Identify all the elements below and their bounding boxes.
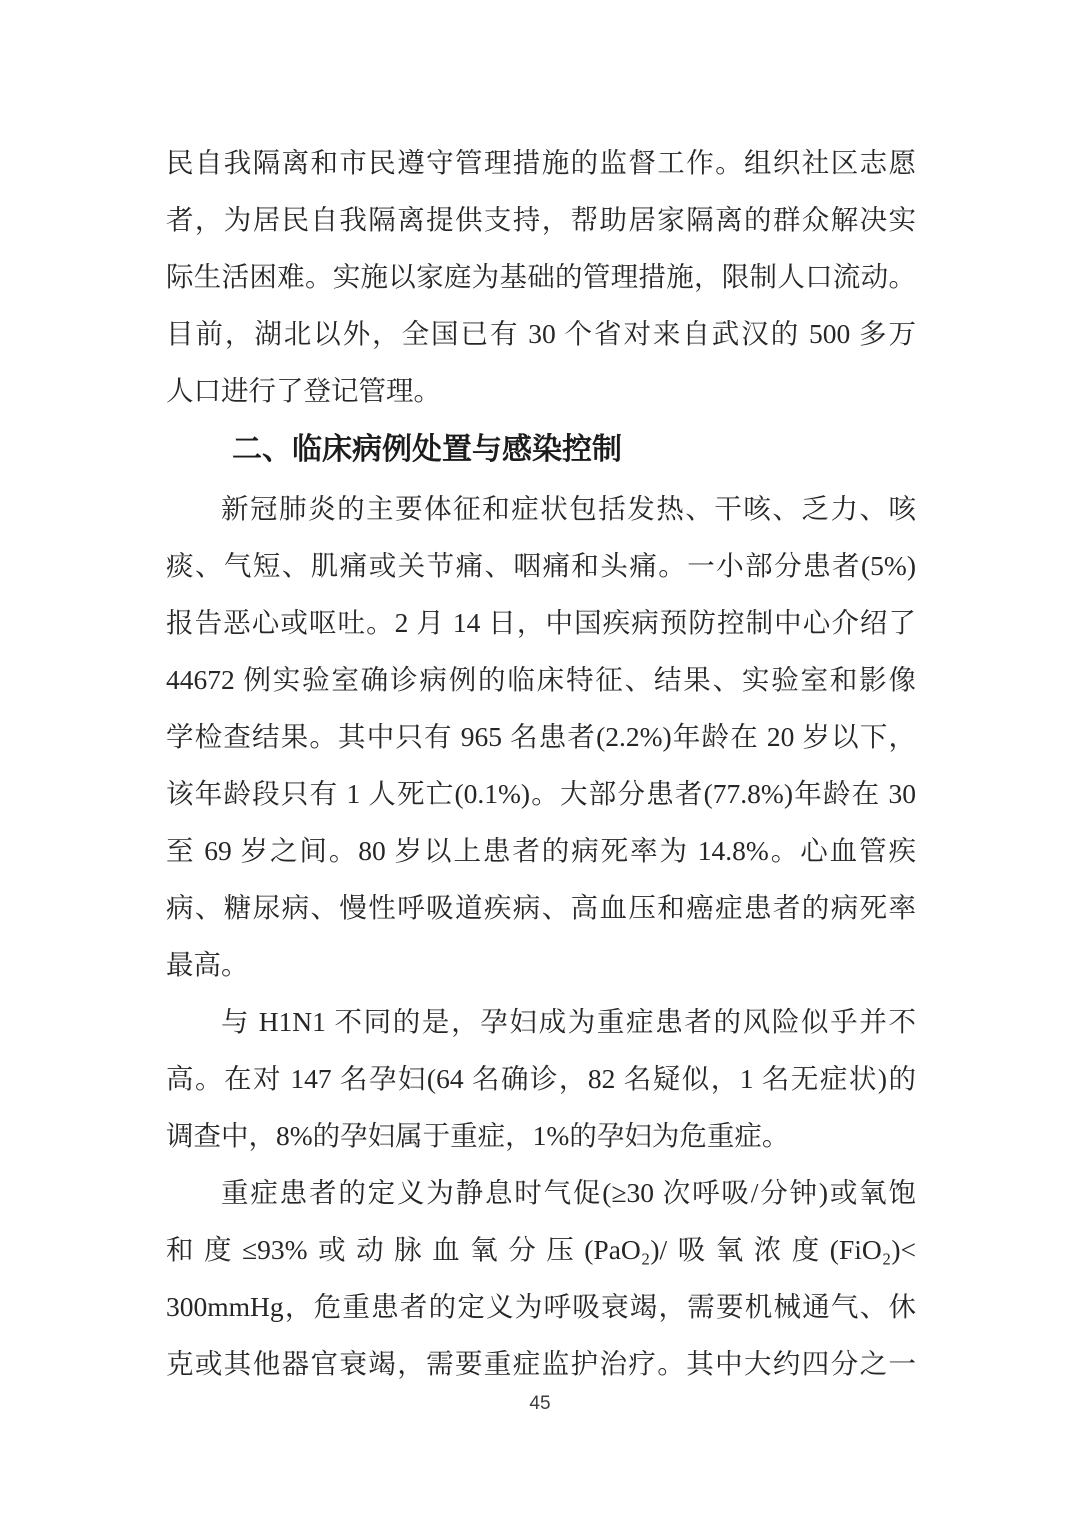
text-line: 和度≤93%或动脉血氧分压(PaO₂)/吸氧浓度(FiO₂)< — [166, 1221, 916, 1278]
text-line: 44672 例实验室确诊病例的临床特征、结果、实验室和影像 — [166, 651, 916, 708]
paragraph-clinical-features: 新冠肺炎的主要体征和症状包括发热、干咳、乏力、咳 痰、气短、肌痛或关节痛、咽痛和… — [166, 480, 916, 993]
text-line: 300mmHg，危重患者的定义为呼吸衰竭，需要机械通气、休 — [166, 1278, 916, 1335]
text-line: 最高。 — [166, 936, 916, 993]
text-line: 人口进行了登记管理。 — [166, 362, 916, 419]
text-line: 该年龄段只有 1 人死亡(0.1%)。大部分患者(77.8%)年龄在 30 — [166, 765, 916, 822]
text-line: 至 69 岁之间。80 岁以上患者的病死率为 14.8%。心血管疾 — [166, 822, 916, 879]
text-line: 新冠肺炎的主要体征和症状包括发热、干咳、乏力、咳 — [166, 480, 916, 537]
text-line: 高。在对 147 名孕妇(64 名确诊，82 名疑似，1 名无症状)的 — [166, 1050, 916, 1107]
text-line: 目前，湖北以外，全国已有 30 个省对来自武汉的 500 多万 — [166, 305, 916, 362]
paragraph-community-management: 民自我隔离和市民遵守管理措施的监督工作。组织社区志愿 者，为居民自我隔离提供支持… — [166, 134, 916, 419]
paragraph-severe-case-definition: 重症患者的定义为静息时气促(≥30 次呼吸/分钟)或氧饱 和度≤93%或动脉血氧… — [166, 1164, 916, 1392]
text-line: 痰、气短、肌痛或关节痛、咽痛和头痛。一小部分患者(5%) — [166, 537, 916, 594]
text-line: 重症患者的定义为静息时气促(≥30 次呼吸/分钟)或氧饱 — [166, 1164, 916, 1221]
text-line: 民自我隔离和市民遵守管理措施的监督工作。组织社区志愿 — [166, 134, 916, 191]
text-line: 调查中，8%的孕妇属于重症，1%的孕妇为危重症。 — [166, 1107, 916, 1164]
section-heading: 二、临床病例处置与感染控制 — [166, 419, 916, 480]
text-line: 报告恶心或呕吐。2 月 14 日，中国疾病预防控制中心介绍了 — [166, 594, 916, 651]
text-line: 学检查结果。其中只有 965 名患者(2.2%)年龄在 20 岁以下， — [166, 708, 916, 765]
text-line: 者，为居民自我隔离提供支持，帮助居家隔离的群众解决实 — [166, 191, 916, 248]
text-line: 与 H1N1 不同的是，孕妇成为重症患者的风险似乎并不 — [166, 993, 916, 1050]
text-line: 际生活困难。实施以家庭为基础的管理措施，限制人口流动。 — [166, 248, 916, 305]
page-content: 民自我隔离和市民遵守管理措施的监督工作。组织社区志愿 者，为居民自我隔离提供支持… — [166, 134, 916, 1392]
paragraph-pregnant-women: 与 H1N1 不同的是，孕妇成为重症患者的风险似乎并不 高。在对 147 名孕妇… — [166, 993, 916, 1164]
document-page: 民自我隔离和市民遵守管理措施的监督工作。组织社区志愿 者，为居民自我隔离提供支持… — [0, 0, 1080, 1527]
page-number: 45 — [0, 1390, 1080, 1418]
text-line: 病、糖尿病、慢性呼吸道疾病、高血压和癌症患者的病死率 — [166, 879, 916, 936]
text-line: 克或其他器官衰竭，需要重症监护治疗。其中大约四分之一 — [166, 1335, 916, 1392]
